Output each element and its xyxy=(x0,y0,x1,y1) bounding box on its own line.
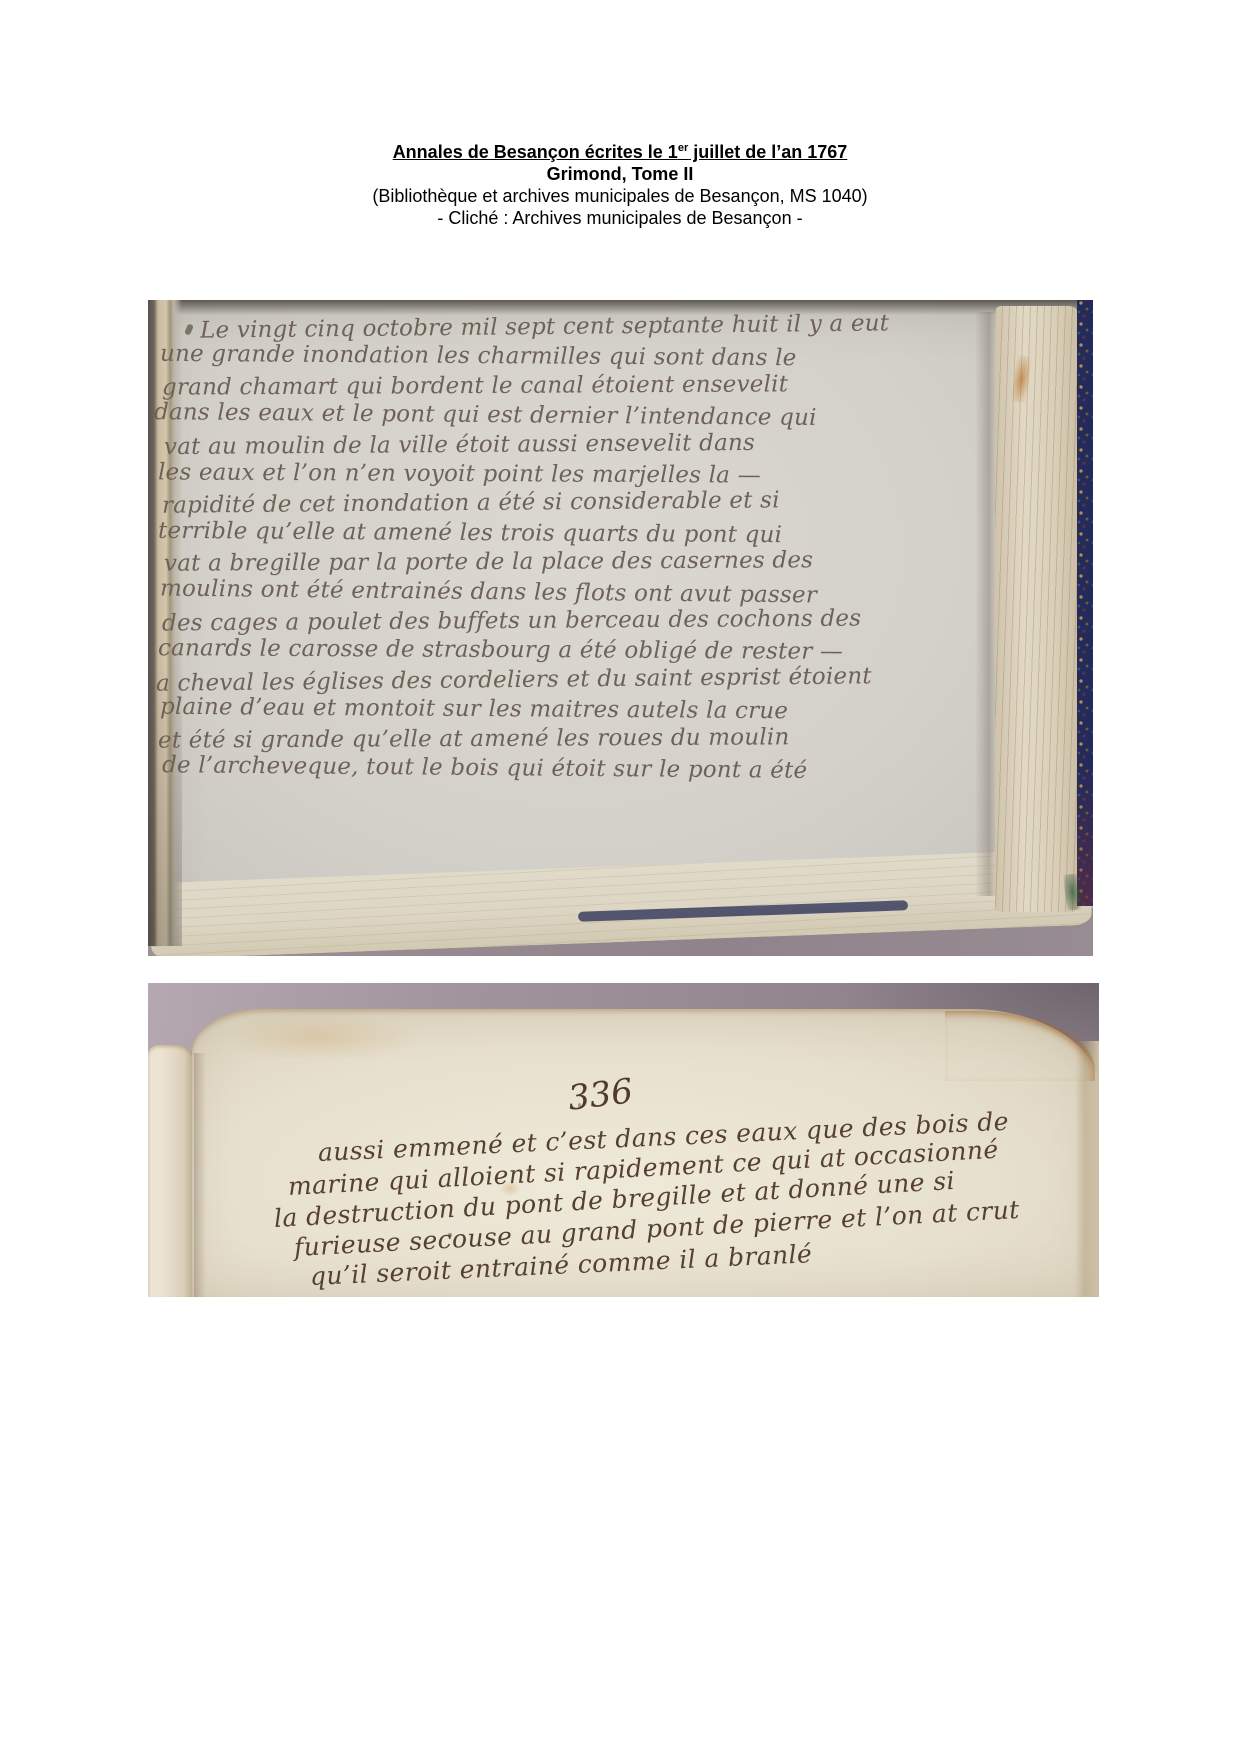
document-page: Annales de Besançon écrites le 1er juill… xyxy=(0,0,1240,1754)
right-page-shadow xyxy=(975,312,995,896)
manuscript-line-1: Le vingt cinq octobre mil sept cent sept… xyxy=(200,310,889,343)
manuscript-line-15: et été si grande qu’elle at amené les ro… xyxy=(158,724,790,753)
credit-line: - Cliché : Archives municipales de Besan… xyxy=(0,207,1240,229)
manuscript-line-8: terrible qu’elle at amené les trois quar… xyxy=(158,518,782,548)
manuscript-line-2: une grande inondation les charmilles qui… xyxy=(160,341,797,371)
facing-page-edge xyxy=(148,1045,196,1297)
manuscript-line-9: vat a bregille par la porte de la place … xyxy=(164,547,813,576)
page-number: 336 xyxy=(566,1071,635,1119)
manuscript-line-3: grand chamart qui bordent le canal étoie… xyxy=(162,371,788,400)
manuscript-line-12: canards le carosse de strasbourg a été o… xyxy=(158,635,843,665)
manuscript-line-13: a cheval les églises des cordeliers et d… xyxy=(156,663,872,696)
manuscript-line-16: de l’archeveque, tout le bois qui étoit … xyxy=(162,752,808,784)
title-suffix: juillet de l’an 1767 xyxy=(688,142,847,162)
document-subtitle: Grimond, Tome II xyxy=(0,163,1240,185)
gutter-shadow xyxy=(194,1053,206,1297)
caption-block: Annales de Besançon écrites le 1er juill… xyxy=(0,141,1240,229)
institution-line: (Bibliothèque et archives municipales de… xyxy=(0,185,1240,207)
manuscript-photo-1: Le vingt cinq octobre mil sept cent sept… xyxy=(148,300,1093,956)
ink-speck xyxy=(184,323,194,335)
manuscript-line-10: moulins ont été entrainés dans les flots… xyxy=(160,576,817,609)
marbled-cover-edge xyxy=(1077,300,1093,906)
manuscript-line-14: plaine d’eau et montoit sur les maitres … xyxy=(160,694,788,724)
manuscript-photo-2: 336 aussi emmené et c’est dans ces eaux … xyxy=(148,983,1099,1297)
title-ordinal: er xyxy=(678,142,688,154)
manuscript-line-7: rapidité de cet inondation a été si cons… xyxy=(162,487,780,518)
title-prefix: Annales de Besançon écrites le 1 xyxy=(393,142,678,162)
manuscript-line-5: vat au moulin de la ville étoit aussi en… xyxy=(164,430,755,460)
document-title: Annales de Besançon écrites le 1er juill… xyxy=(0,141,1240,163)
manuscript-line-6: les eaux et l’on n’en voyoit point les m… xyxy=(158,459,761,488)
page-stain xyxy=(218,1013,418,1061)
manuscript-line-4: dans les eaux et le pont qui est dernier… xyxy=(154,399,817,431)
manuscript-line-11: des cages a poulet des buffets un bercea… xyxy=(162,606,861,637)
page-block-foredge xyxy=(995,306,1079,912)
